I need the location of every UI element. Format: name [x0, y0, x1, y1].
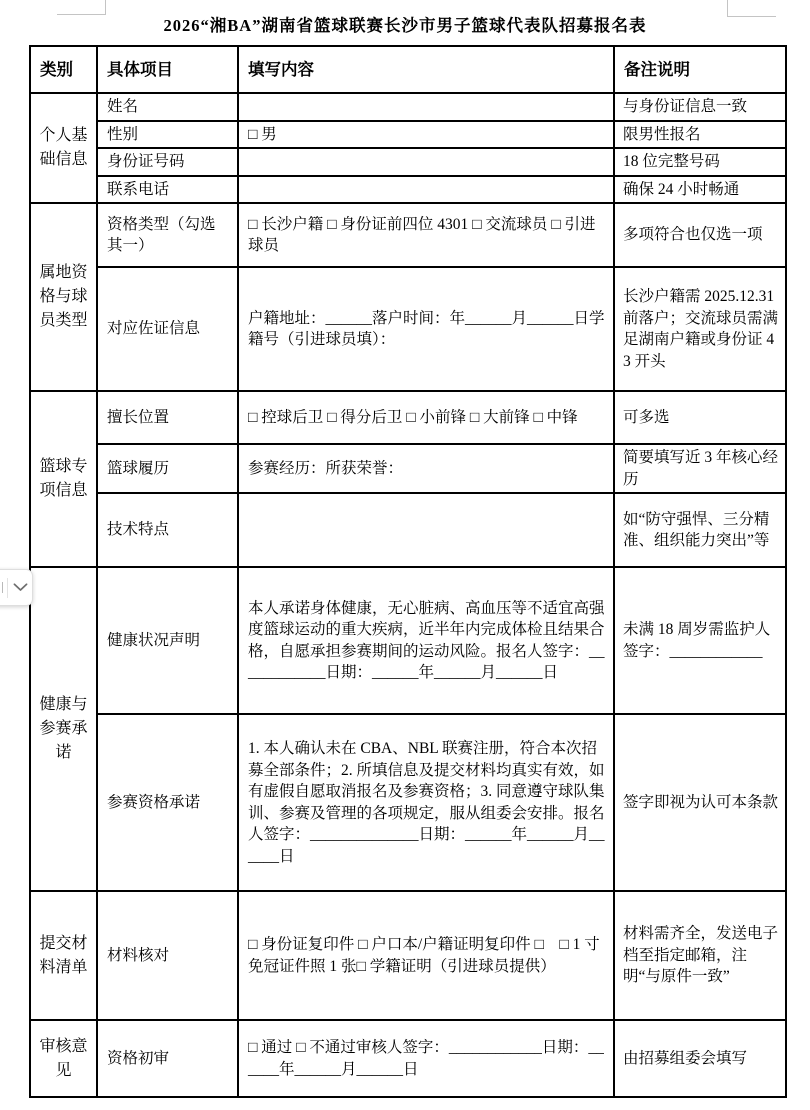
fill-in-cell[interactable]: 1. 本人确认未在 CBA、NBL 联赛注册，符合本次招募全部条件；2. 所填信… — [238, 714, 614, 891]
category-review: 审核意见 — [30, 1020, 97, 1097]
form-title: 2026“湘BA”湖南省篮球联赛长沙市男子篮球代表队招募报名表 — [0, 14, 810, 38]
table-row: 联系电话 确保 24 小时畅通 — [30, 176, 786, 204]
table-row: 审核意见 资格初审 □ 通过 □ 不通过审核人签字：____________日期… — [30, 1020, 786, 1097]
table-row: 属地资格与球员类型 资格类型（勾选其一） □ 长沙户籍 □ 身份证前四位 430… — [30, 203, 786, 267]
fill-in-cell[interactable]: □ 长沙户籍 □ 身份证前四位 4301 □ 交流球员 □ 引进球员 — [238, 203, 614, 267]
col-header-item: 具体项目 — [97, 46, 238, 93]
collapse-control[interactable] — [0, 569, 33, 606]
note-cell: 由招募组委会填写 — [614, 1020, 786, 1097]
category-basketball-info: 篮球专项信息 — [30, 391, 97, 567]
fill-in-cell[interactable]: □ 身份证复印件 □ 户口本/户籍证明复印件 □ □ 1 寸免冠证件照 1 张□… — [238, 891, 614, 1020]
table-row: 对应佐证信息 户籍地址：______落户时间：年______月______日学籍… — [30, 267, 786, 391]
item-label: 资格初审 — [97, 1020, 238, 1097]
note-cell: 材料需齐全，发送电子档至指定邮箱，注明“与原件一致” — [614, 891, 786, 1020]
note-cell: 未满 18 周岁需监护人签字：____________ — [614, 567, 786, 714]
header-row: 类别 具体项目 填写内容 备注说明 — [30, 46, 786, 93]
item-label: 参赛资格承诺 — [97, 714, 238, 891]
item-label: 身份证号码 — [97, 148, 238, 176]
note-cell: 确保 24 小时畅通 — [614, 176, 786, 204]
note-cell: 简要填写近 3 年核心经历 — [614, 444, 786, 493]
fill-in-cell[interactable] — [238, 176, 614, 204]
item-label: 擅长位置 — [97, 391, 238, 444]
fill-in-cell[interactable] — [238, 148, 614, 176]
registration-form-table: 类别 具体项目 填写内容 备注说明 个人基础信息 姓名 与身份证信息一致 性别 … — [29, 45, 787, 1098]
fill-in-cell[interactable] — [238, 493, 614, 567]
table-row: 技术特点 如“防守强悍、三分精准、组织能力突出”等 — [30, 493, 786, 567]
table-row: 身份证号码 18 位完整号码 — [30, 148, 786, 176]
fill-in-cell[interactable] — [238, 93, 614, 121]
fill-in-cell[interactable]: 本人承诺身体健康，无心脏病、高血压等不适宜高强度篮球运动的重大疾病，近半年内完成… — [238, 567, 614, 714]
item-label: 姓名 — [97, 93, 238, 121]
fill-in-cell[interactable]: □ 男 — [238, 121, 614, 149]
fill-in-cell[interactable]: 户籍地址：______落户时间：年______月______日学籍号（引进球员填… — [238, 267, 614, 391]
col-header-category: 类别 — [30, 46, 97, 93]
table-row: 篮球专项信息 擅长位置 □ 控球后卫 □ 得分后卫 □ 小前锋 □ 大前锋 □ … — [30, 391, 786, 444]
category-materials: 提交材料清单 — [30, 891, 97, 1020]
item-label: 对应佐证信息 — [97, 267, 238, 391]
table-row: 健康与参赛承诺 健康状况声明 本人承诺身体健康，无心脏病、高血压等不适宜高强度篮… — [30, 567, 786, 714]
item-label: 技术特点 — [97, 493, 238, 567]
note-cell: 签字即视为认可本条款 — [614, 714, 786, 891]
note-cell: 如“防守强悍、三分精准、组织能力突出”等 — [614, 493, 786, 567]
item-label: 篮球履历 — [97, 444, 238, 493]
table-row: 提交材料清单 材料核对 □ 身份证复印件 □ 户口本/户籍证明复印件 □ □ 1… — [30, 891, 786, 1020]
partial-icon — [2, 582, 3, 593]
col-header-content: 填写内容 — [238, 46, 614, 93]
note-cell: 可多选 — [614, 391, 786, 444]
note-cell: 多项符合也仅选一项 — [614, 203, 786, 267]
note-cell: 与身份证信息一致 — [614, 93, 786, 121]
item-label: 联系电话 — [97, 176, 238, 204]
control-divider — [7, 578, 8, 598]
note-cell: 长沙户籍需 2025.12.31 前落户；交流球员需满足湖南户籍或身份证 43 … — [614, 267, 786, 391]
category-residency-type: 属地资格与球员类型 — [30, 203, 97, 391]
col-header-note: 备注说明 — [614, 46, 786, 93]
item-label: 材料核对 — [97, 891, 238, 1020]
fill-in-cell[interactable]: 参赛经历：所获荣誉： — [238, 444, 614, 493]
item-label: 资格类型（勾选其一） — [97, 203, 238, 267]
table-row: 个人基础信息 姓名 与身份证信息一致 — [30, 93, 786, 121]
chevron-down-icon — [13, 583, 28, 592]
note-cell: 限男性报名 — [614, 121, 786, 149]
item-label: 健康状况声明 — [97, 567, 238, 714]
margin-mark-top-left — [57, 0, 106, 15]
table-row: 参赛资格承诺 1. 本人确认未在 CBA、NBL 联赛注册，符合本次招募全部条件… — [30, 714, 786, 891]
fill-in-cell[interactable]: □ 控球后卫 □ 得分后卫 □ 小前锋 □ 大前锋 □ 中锋 — [238, 391, 614, 444]
fill-in-cell[interactable]: □ 通过 □ 不通过审核人签字：____________日期：______年__… — [238, 1020, 614, 1097]
note-cell: 18 位完整号码 — [614, 148, 786, 176]
item-label: 性别 — [97, 121, 238, 149]
table-row: 性别 □ 男 限男性报名 — [30, 121, 786, 149]
category-personal-info: 个人基础信息 — [30, 93, 97, 203]
category-health-commitment: 健康与参赛承诺 — [30, 567, 97, 891]
table-row: 篮球履历 参赛经历：所获荣誉： 简要填写近 3 年核心经历 — [30, 444, 786, 493]
